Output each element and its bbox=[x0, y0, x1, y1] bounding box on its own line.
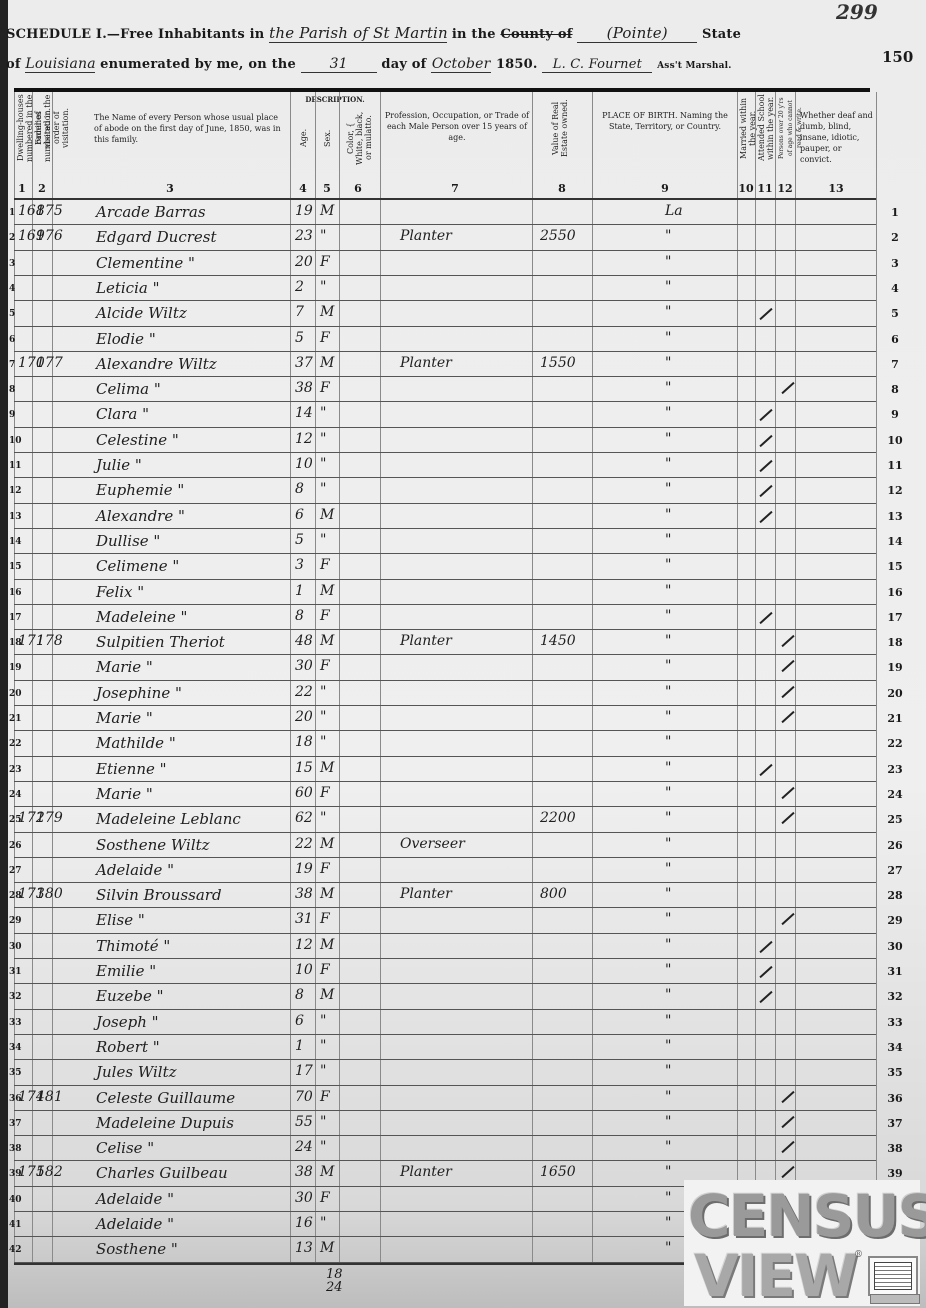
col-11-header: Attended School within the year. bbox=[755, 92, 775, 164]
attended-school-mark bbox=[759, 991, 772, 1003]
birthplace: " bbox=[665, 583, 671, 599]
sex: F bbox=[320, 962, 330, 978]
person-name: Emilie " bbox=[96, 962, 156, 980]
line-number-right: 21 bbox=[882, 712, 908, 725]
column-rule bbox=[755, 92, 756, 1263]
line-number-right: 31 bbox=[882, 965, 908, 978]
attended-school-mark bbox=[759, 941, 772, 953]
cannot-read-write-mark bbox=[781, 686, 794, 698]
column-rule bbox=[315, 92, 316, 1263]
line-number-left: 23 bbox=[9, 765, 22, 775]
day-of-label: day of bbox=[381, 57, 426, 72]
family-number: 182 bbox=[36, 1164, 63, 1180]
column-number-6: 6 bbox=[348, 182, 368, 195]
real-estate-value: 1650 bbox=[540, 1164, 576, 1180]
age: 10 bbox=[295, 456, 313, 472]
birthplace: " bbox=[665, 456, 671, 472]
marshal-field: L. C. Fournet bbox=[542, 57, 652, 73]
row-rule bbox=[14, 882, 876, 883]
age: 48 bbox=[295, 633, 313, 649]
cannot-read-write-mark bbox=[781, 711, 794, 723]
sex: M bbox=[320, 1240, 334, 1256]
sex: M bbox=[320, 836, 334, 852]
line-number-right: 9 bbox=[882, 408, 908, 421]
age: 38 bbox=[295, 380, 313, 396]
column-number-13: 13 bbox=[826, 182, 846, 195]
birthplace: " bbox=[665, 405, 671, 421]
birthplace: " bbox=[665, 1164, 671, 1180]
line-number-right: 20 bbox=[882, 687, 908, 700]
person-name: Sosthene " bbox=[96, 1240, 178, 1258]
row-rule bbox=[14, 1085, 876, 1086]
birthplace: " bbox=[665, 1013, 671, 1029]
line-number-left: 10 bbox=[9, 436, 22, 446]
family-number: 176 bbox=[36, 228, 63, 244]
line-number-right: 37 bbox=[882, 1117, 908, 1130]
age: 60 bbox=[295, 785, 313, 801]
row-rule bbox=[14, 326, 876, 327]
line-number-left: 8 bbox=[9, 385, 15, 395]
line-number-left: 4 bbox=[9, 284, 15, 294]
row-rule bbox=[14, 427, 876, 428]
sex: M bbox=[320, 304, 334, 320]
age: 1 bbox=[295, 1038, 304, 1054]
line-number-left: 26 bbox=[9, 841, 22, 851]
sex: F bbox=[320, 254, 330, 270]
sex: M bbox=[320, 633, 334, 649]
birthplace: " bbox=[665, 254, 671, 270]
age: 20 bbox=[295, 254, 313, 270]
row-rule bbox=[14, 376, 876, 377]
day-field: 31 bbox=[301, 56, 377, 73]
col-7-header: Profession, Occupation, or Trade of each… bbox=[382, 108, 532, 180]
line-number-left: 12 bbox=[9, 486, 22, 496]
birthplace: " bbox=[665, 1139, 671, 1155]
family-number: 181 bbox=[36, 1089, 63, 1105]
age: 6 bbox=[295, 507, 304, 523]
column-number-4: 4 bbox=[293, 182, 313, 195]
real-estate-value: 1550 bbox=[540, 355, 576, 371]
age: 2 bbox=[295, 279, 304, 295]
sex: F bbox=[320, 608, 330, 624]
person-name: Madeleine Dupuis bbox=[96, 1114, 234, 1132]
person-name: Celestine " bbox=[96, 431, 179, 449]
line-number-right: 32 bbox=[882, 990, 908, 1003]
person-name: Elodie " bbox=[96, 330, 156, 348]
birthplace: " bbox=[665, 380, 671, 396]
sex: M bbox=[320, 355, 334, 371]
age: 22 bbox=[295, 836, 313, 852]
line-number-left: 5 bbox=[9, 309, 15, 319]
sex: " bbox=[320, 1013, 326, 1029]
birthplace: " bbox=[665, 987, 671, 1003]
occupation: Planter bbox=[400, 228, 452, 244]
person-name: Arcade Barras bbox=[96, 203, 206, 221]
line-number-left: 31 bbox=[9, 967, 22, 977]
col-5-header: Sex. bbox=[315, 108, 339, 180]
column-number-12: 12 bbox=[775, 182, 795, 195]
row-rule bbox=[14, 857, 876, 858]
line-number-left: 6 bbox=[9, 335, 15, 345]
line-number-right: 39 bbox=[882, 1167, 908, 1180]
birthplace: " bbox=[665, 861, 671, 877]
census-page: SCHEDULE I.—Free Inhabitants in the Pari… bbox=[0, 0, 926, 1308]
line-number-left: 37 bbox=[9, 1119, 22, 1129]
column-rule bbox=[795, 92, 796, 1263]
column-rule bbox=[737, 92, 738, 1263]
sex: M bbox=[320, 760, 334, 776]
line-number-left: 11 bbox=[9, 461, 22, 471]
col-3-header: The Name of every Person whose usual pla… bbox=[92, 110, 287, 182]
age: 6 bbox=[295, 1013, 304, 1029]
line-number-right: 11 bbox=[882, 459, 908, 472]
sex: M bbox=[320, 203, 334, 219]
person-name: Alcide Wiltz bbox=[96, 304, 187, 322]
birthplace: " bbox=[665, 608, 671, 624]
column-rule bbox=[380, 92, 381, 1263]
line-number-left: 38 bbox=[9, 1144, 22, 1154]
real-estate-value: 2200 bbox=[540, 810, 576, 826]
line-number-left: 22 bbox=[9, 739, 22, 749]
birthplace: " bbox=[665, 886, 671, 902]
age: 12 bbox=[295, 937, 313, 953]
line-number-left: 14 bbox=[9, 537, 22, 547]
row-rule bbox=[14, 958, 876, 959]
sex: " bbox=[320, 734, 326, 750]
line-number-left: 29 bbox=[9, 916, 22, 926]
real-estate-value: 2550 bbox=[540, 228, 576, 244]
stamped-page-number: 299 bbox=[836, 0, 878, 24]
cannot-read-write-mark bbox=[781, 382, 794, 394]
family-number: 180 bbox=[36, 886, 63, 902]
line-number-right: 38 bbox=[882, 1142, 908, 1155]
sex: " bbox=[320, 405, 326, 421]
birthplace: " bbox=[665, 1240, 671, 1256]
line-number-right: 7 bbox=[882, 358, 908, 371]
person-name: Joseph " bbox=[96, 1013, 159, 1031]
sex: F bbox=[320, 330, 330, 346]
line-number-right: 36 bbox=[882, 1092, 908, 1105]
cannot-read-write-mark bbox=[781, 1090, 794, 1102]
age: 62 bbox=[295, 810, 313, 826]
line-number-right: 8 bbox=[882, 383, 908, 396]
sex: " bbox=[320, 279, 326, 295]
person-name: Adelaide " bbox=[96, 861, 174, 879]
row-rule bbox=[14, 351, 876, 352]
line-number-right: 22 bbox=[882, 737, 908, 750]
person-name: Clementine " bbox=[96, 254, 195, 272]
line-number-right: 15 bbox=[882, 560, 908, 573]
age: 22 bbox=[295, 684, 313, 700]
family-number: 179 bbox=[36, 810, 63, 826]
row-rule bbox=[14, 452, 876, 453]
row-rule bbox=[14, 654, 876, 655]
marshal-label: Ass't Marshal. bbox=[657, 61, 732, 71]
birthplace: " bbox=[665, 658, 671, 674]
person-name: Edgard Ducrest bbox=[96, 228, 217, 246]
cannot-read-write-mark bbox=[781, 635, 794, 647]
col-13-header: Whether deaf and dumb, blind, insane, id… bbox=[798, 108, 876, 180]
age: 14 bbox=[295, 405, 313, 421]
col-1-header: Dwelling-houses numbered in the order of… bbox=[14, 92, 32, 164]
line-number-left: 7 bbox=[9, 360, 15, 370]
attended-school-mark bbox=[759, 966, 772, 978]
occupation: Planter bbox=[400, 886, 452, 902]
person-name: Leticia " bbox=[96, 279, 159, 297]
person-name: Jules Wiltz bbox=[96, 1063, 177, 1081]
cannot-read-write-mark bbox=[781, 1166, 794, 1178]
age: 1 bbox=[295, 583, 304, 599]
line-number-right: 17 bbox=[882, 611, 908, 624]
column-number-5: 5 bbox=[317, 182, 337, 195]
line-number-right: 35 bbox=[882, 1066, 908, 1079]
sex: " bbox=[320, 532, 326, 548]
person-name: Marie " bbox=[96, 785, 153, 803]
col-10-header: Married within the year. bbox=[737, 92, 755, 164]
county-field: (Pointe) bbox=[577, 24, 697, 43]
age: 13 bbox=[295, 1240, 313, 1256]
county-struck-label: County of bbox=[500, 27, 572, 42]
birthplace: " bbox=[665, 1038, 671, 1054]
sex: " bbox=[320, 810, 326, 826]
line-number-right: 28 bbox=[882, 889, 908, 902]
column-number-8: 8 bbox=[552, 182, 572, 195]
occupation: Planter bbox=[400, 355, 452, 371]
line-number-right: 19 bbox=[882, 661, 908, 674]
cannot-read-write-mark bbox=[781, 812, 794, 824]
age: 16 bbox=[295, 1215, 313, 1231]
sex: F bbox=[320, 785, 330, 801]
birthplace: " bbox=[665, 279, 671, 295]
line-number-left: 20 bbox=[9, 689, 22, 699]
line-number-right: 25 bbox=[882, 813, 908, 826]
line-number-right: 29 bbox=[882, 914, 908, 927]
age: 38 bbox=[295, 886, 313, 902]
person-name: Josephine " bbox=[96, 684, 182, 702]
birthplace: " bbox=[665, 836, 671, 852]
column-rule bbox=[290, 92, 291, 1263]
col-4-header: Age. bbox=[291, 108, 315, 180]
person-name: Marie " bbox=[96, 658, 153, 676]
birthplace: " bbox=[665, 709, 671, 725]
cannot-read-write-mark bbox=[781, 1116, 794, 1128]
row-rule bbox=[14, 1160, 876, 1161]
column-number-11: 11 bbox=[755, 182, 775, 195]
age: 30 bbox=[295, 1190, 313, 1206]
person-name: Silvin Broussard bbox=[96, 886, 222, 904]
birthplace: " bbox=[665, 481, 671, 497]
column-rule bbox=[339, 92, 340, 1263]
line-number-left: 21 bbox=[9, 714, 22, 724]
sex: F bbox=[320, 1190, 330, 1206]
sex: " bbox=[320, 684, 326, 700]
family-number: 175 bbox=[36, 203, 63, 219]
column-rule bbox=[775, 92, 776, 1263]
sex: " bbox=[320, 456, 326, 472]
column-rule bbox=[876, 92, 877, 1263]
attended-school-mark bbox=[759, 485, 772, 497]
person-name: Madeleine Leblanc bbox=[96, 810, 241, 828]
age: 5 bbox=[295, 330, 304, 346]
age: 38 bbox=[295, 1164, 313, 1180]
column-number-2: 2 bbox=[32, 182, 52, 195]
header-rule bbox=[14, 198, 876, 200]
line-number-left: 34 bbox=[9, 1043, 22, 1053]
age: 8 bbox=[295, 987, 304, 1003]
age: 19 bbox=[295, 861, 313, 877]
attended-school-mark bbox=[759, 409, 772, 421]
person-name: Clara " bbox=[96, 405, 149, 423]
person-name: Felix " bbox=[96, 583, 144, 601]
location-field: the Parish of St Martin bbox=[269, 24, 447, 43]
birthplace: " bbox=[665, 785, 671, 801]
column-number-7: 7 bbox=[445, 182, 465, 195]
sex: F bbox=[320, 658, 330, 674]
row-rule bbox=[14, 629, 876, 630]
row-rule bbox=[14, 1059, 876, 1060]
person-name: Celise " bbox=[96, 1139, 154, 1157]
printed-page-number: 150 bbox=[882, 48, 913, 66]
column-number-3: 3 bbox=[160, 182, 180, 195]
of-label: of bbox=[6, 57, 21, 72]
birthplace: " bbox=[665, 304, 671, 320]
birthplace: " bbox=[665, 330, 671, 346]
person-name: Euzebe " bbox=[96, 987, 164, 1005]
age: 24 bbox=[295, 1139, 313, 1155]
line-number-left: 3 bbox=[9, 259, 15, 269]
row-rule bbox=[14, 1034, 876, 1035]
person-name: Mathilde " bbox=[96, 734, 176, 752]
line-number-left: 16 bbox=[9, 588, 22, 598]
age: 12 bbox=[295, 431, 313, 447]
birthplace: " bbox=[665, 557, 671, 573]
row-rule bbox=[14, 224, 876, 225]
row-rule bbox=[14, 781, 876, 782]
person-name: Adelaide " bbox=[96, 1190, 174, 1208]
age: 37 bbox=[295, 355, 313, 371]
person-name: Euphemie " bbox=[96, 481, 184, 499]
line-number-right: 4 bbox=[882, 282, 908, 295]
logo-view-text: VIEW bbox=[694, 1242, 856, 1308]
age: 3 bbox=[295, 557, 304, 573]
line-number-right: 1 bbox=[882, 206, 908, 219]
computer-monitor-icon bbox=[868, 1256, 918, 1296]
birthplace: " bbox=[665, 810, 671, 826]
line-number-right: 18 bbox=[882, 636, 908, 649]
birthplace: La bbox=[665, 203, 683, 219]
col-6-header: Color, { White, black, or mulatto. bbox=[339, 108, 379, 180]
family-number: 177 bbox=[36, 355, 63, 371]
age: 18 bbox=[295, 734, 313, 750]
title-line-2: of Louisiana enumerated by me, on the 31… bbox=[6, 56, 732, 73]
birthplace: " bbox=[665, 684, 671, 700]
line-number-left: 9 bbox=[9, 410, 15, 420]
line-number-right: 26 bbox=[882, 839, 908, 852]
real-estate-value: 1450 bbox=[540, 633, 576, 649]
line-number-left: 32 bbox=[9, 992, 22, 1002]
sex: M bbox=[320, 886, 334, 902]
person-name: Marie " bbox=[96, 709, 153, 727]
schedule-label: SCHEDULE I.—Free Inhabitants in bbox=[6, 27, 264, 42]
person-name: Charles Guilbeau bbox=[96, 1164, 228, 1182]
line-number-right: 13 bbox=[882, 510, 908, 523]
column-rule bbox=[52, 92, 53, 1263]
line-number-right: 12 bbox=[882, 484, 908, 497]
line-number-left: 17 bbox=[9, 613, 22, 623]
age: 5 bbox=[295, 532, 304, 548]
person-name: Thimoté " bbox=[96, 937, 170, 955]
attended-school-mark bbox=[759, 460, 772, 472]
description-group-label: DESCRIPTION. bbox=[291, 92, 379, 106]
family-number: 178 bbox=[36, 633, 63, 649]
person-name: Alexandre " bbox=[96, 507, 185, 525]
person-name: Elise " bbox=[96, 911, 145, 929]
person-name: Julie " bbox=[96, 456, 142, 474]
line-number-left: 19 bbox=[9, 663, 22, 673]
sex: " bbox=[320, 1215, 326, 1231]
column-number-9: 9 bbox=[655, 182, 675, 195]
line-number-right: 16 bbox=[882, 586, 908, 599]
year-label: 1850. bbox=[496, 57, 538, 72]
person-name: Celeste Guillaume bbox=[96, 1089, 235, 1107]
age: 55 bbox=[295, 1114, 313, 1130]
sex: F bbox=[320, 380, 330, 396]
age: 7 bbox=[295, 304, 304, 320]
column-rule bbox=[532, 92, 533, 1263]
attended-school-mark bbox=[759, 308, 772, 320]
col-8-header: Value of Real Estate owned. bbox=[532, 92, 588, 164]
birthplace: " bbox=[665, 633, 671, 649]
line-number-left: 42 bbox=[9, 1245, 22, 1255]
column-rule bbox=[32, 92, 33, 1263]
age: 31 bbox=[295, 911, 313, 927]
row-rule bbox=[14, 604, 876, 605]
age: 23 bbox=[295, 228, 313, 244]
line-number-left: 41 bbox=[9, 1220, 22, 1230]
line-number-right: 23 bbox=[882, 763, 908, 776]
line-number-right: 10 bbox=[882, 434, 908, 447]
attended-school-mark bbox=[759, 510, 772, 522]
row-rule bbox=[14, 300, 876, 301]
person-name: Celima " bbox=[96, 380, 161, 398]
sex: " bbox=[320, 1114, 326, 1130]
sex: " bbox=[320, 1139, 326, 1155]
col-12-header: Persons over 20 y'rs of age who cannot r… bbox=[775, 92, 795, 164]
age: 70 bbox=[295, 1089, 313, 1105]
sex: M bbox=[320, 583, 334, 599]
row-rule bbox=[14, 1110, 876, 1111]
sex: " bbox=[320, 481, 326, 497]
line-number-left: 33 bbox=[9, 1018, 22, 1028]
person-name: Etienne " bbox=[96, 760, 167, 778]
line-number-left: 2 bbox=[9, 233, 15, 243]
line-number-right: 27 bbox=[882, 864, 908, 877]
sex: " bbox=[320, 1038, 326, 1054]
col-2-header: Families numbered in the order of visita… bbox=[32, 92, 52, 164]
column-number-1: 1 bbox=[12, 182, 32, 195]
row-rule bbox=[14, 832, 876, 833]
enumerated-label: enumerated by me, on the bbox=[100, 57, 296, 72]
registered-mark: ® bbox=[854, 1250, 863, 1260]
line-number-right: 6 bbox=[882, 333, 908, 346]
age: 15 bbox=[295, 760, 313, 776]
birthplace: " bbox=[665, 228, 671, 244]
cannot-read-write-mark bbox=[781, 1141, 794, 1153]
line-number-left: 30 bbox=[9, 942, 22, 952]
sex: M bbox=[320, 987, 334, 1003]
column-number-10: 10 bbox=[736, 182, 756, 195]
row-rule bbox=[14, 806, 876, 807]
